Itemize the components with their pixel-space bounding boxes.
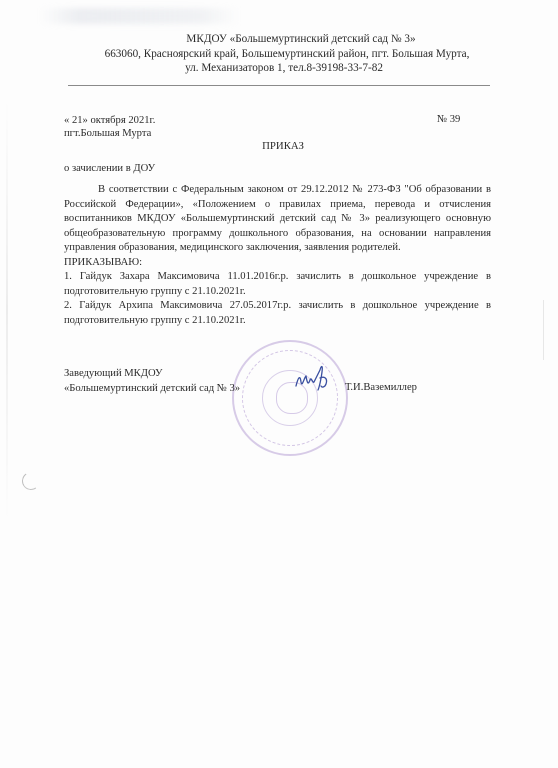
document-number: № 39 bbox=[437, 114, 460, 125]
signer-position: Заведующий МКДОУ bbox=[64, 367, 240, 382]
order-item: 1. Гайдук Захара Максимовича 11.01.2016г… bbox=[64, 270, 491, 299]
handwritten-signature-icon bbox=[292, 360, 332, 396]
signer-organization: «Большемуртинский детский сад № 3» bbox=[64, 382, 240, 397]
page-edge-shadow-right bbox=[543, 300, 544, 360]
document-date-block: « 21» октября 2021г. пгт.Большая Мурта bbox=[64, 114, 155, 140]
scanned-page: МКДОУ «Большемуртинский детский сад № 3»… bbox=[0, 0, 558, 768]
order-label: ПРИКАЗЫВАЮ: bbox=[64, 256, 491, 271]
order-item: 2. Гайдук Архипа Максимовича 27.05.2017г… bbox=[64, 299, 491, 328]
scan-smudge bbox=[40, 8, 240, 24]
hole-punch-mark bbox=[21, 471, 42, 492]
preamble-paragraph: В соответствии с Федеральным законом от … bbox=[64, 183, 491, 256]
document-date: « 21» октября 2021г. bbox=[64, 114, 155, 127]
document-place: пгт.Большая Мурта bbox=[64, 127, 155, 140]
document-subject: о зачислении в ДОУ bbox=[64, 163, 155, 174]
document-title: ПРИКАЗ bbox=[0, 140, 558, 152]
document-body: В соответствии с Федеральным законом от … bbox=[64, 183, 491, 328]
signature-block: Заведующий МКДОУ «Большемуртинский детск… bbox=[64, 367, 240, 396]
signer-name: Т.И.Ваземиллер bbox=[345, 382, 417, 393]
official-stamp bbox=[232, 340, 348, 456]
letterhead-organization: МКДОУ «Большемуртинский детский сад № 3» bbox=[0, 32, 558, 47]
letterhead-street-phone: ул. Механизаторов 1, тел.8-39198-33-7-82 bbox=[0, 61, 558, 76]
letterhead: МКДОУ «Большемуртинский детский сад № 3»… bbox=[0, 32, 558, 76]
letterhead-address: 663060, Красноярский край, Большемуртинс… bbox=[0, 47, 558, 62]
page-edge-shadow bbox=[6, 100, 8, 520]
letterhead-divider bbox=[68, 85, 490, 86]
